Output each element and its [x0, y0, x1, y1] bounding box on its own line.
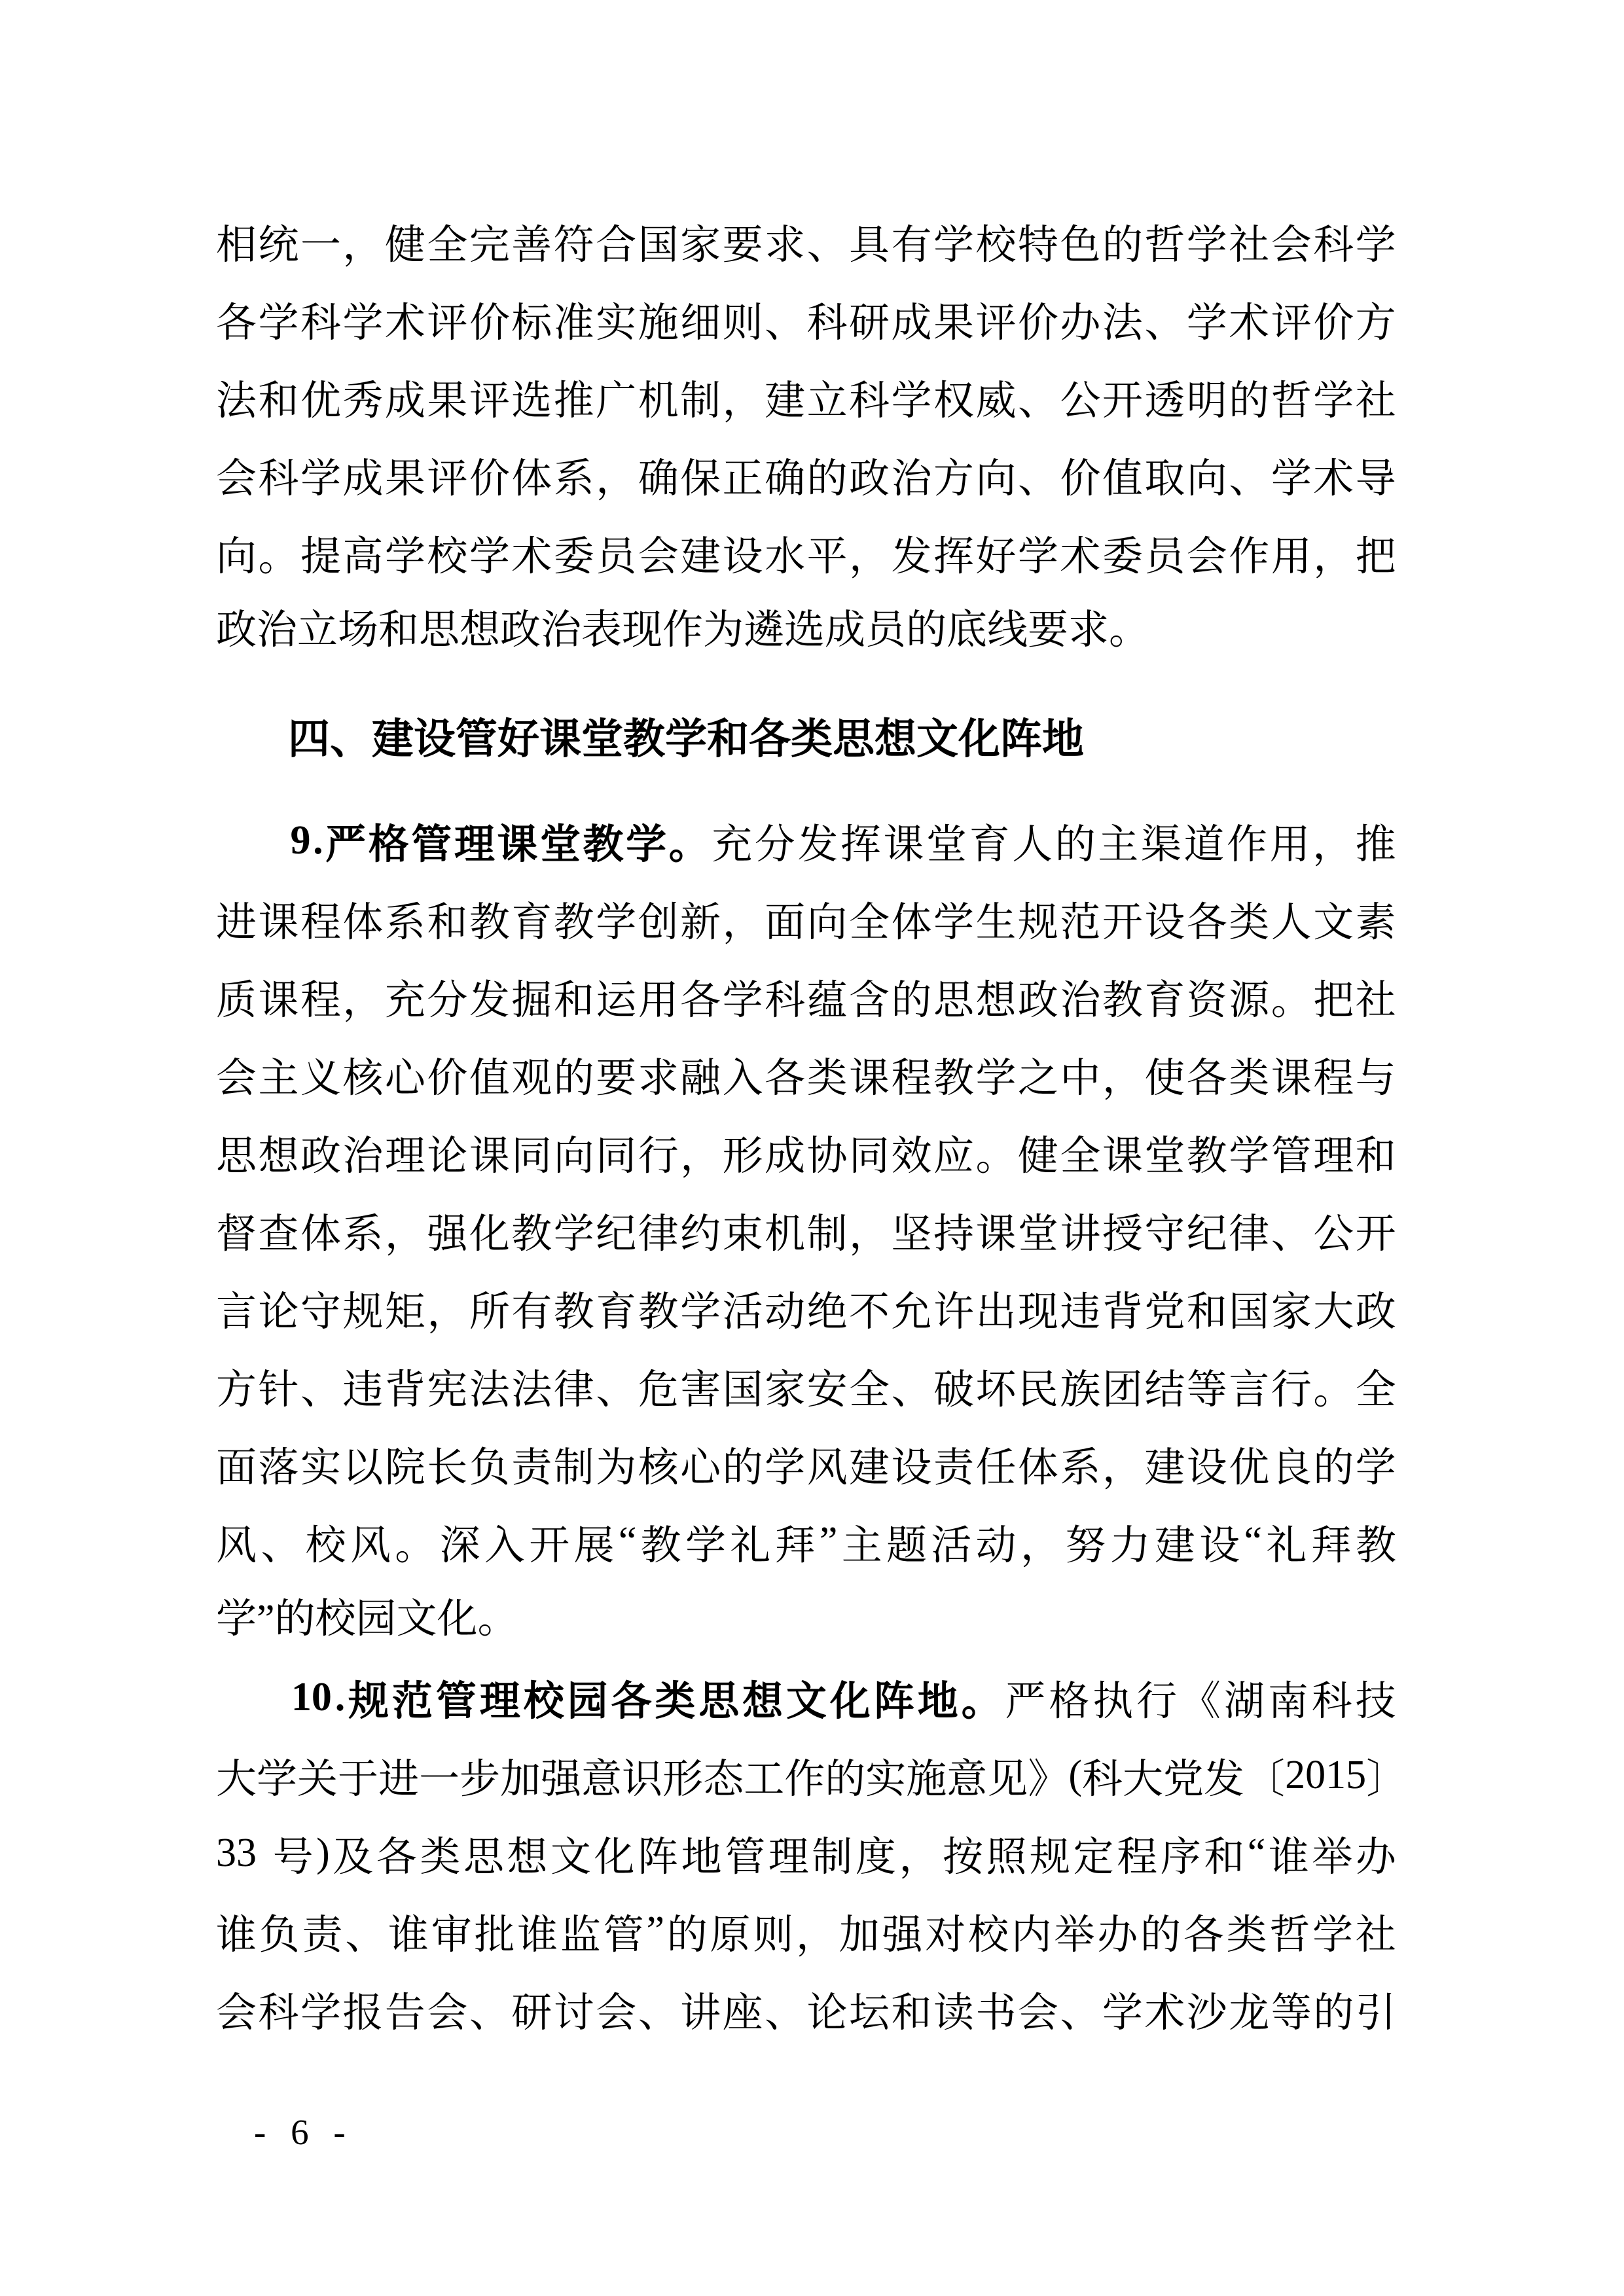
text-line: 思想政治理论课同向同行，形成协同效应。健全课堂教学管理和 — [216, 1113, 1396, 1191]
text-line: 会科学成果评价体系，确保正确的政治方向、价值取向、学术导 — [216, 436, 1396, 514]
page-number: - 6 - — [254, 2111, 353, 2153]
text-line: 方针、违背宪法法律、危害国家安全、破坏民族团结等言行。全 — [216, 1347, 1396, 1425]
document-page: 相统一，健全完善符合国家要求、具有学校特色的哲学社会科学各学科学术评价标准实施细… — [0, 0, 1624, 2296]
text-line: 四、建设管好课堂教学和各类思想文化阵地 — [216, 700, 1396, 778]
text-line: 风、校风。深入开展“教学礼拜”主题活动，努力建设“礼拜教 — [216, 1503, 1396, 1581]
body-paragraph: 10.规范管理校园各类思想文化阵地。严格执行《湖南科技大学关于进一步加强意识形态… — [216, 1659, 1396, 2048]
body-paragraph: 相统一，健全完善符合国家要求、具有学校特色的哲学社会科学各学科学术评价标准实施细… — [216, 202, 1396, 670]
text-line: 会主义核心价值观的要求融入各类课程教学之中，使各类课程与 — [216, 1035, 1396, 1113]
text-line: 面落实以院长负责制为核心的学风建设责任体系，建设优良的学 — [216, 1425, 1396, 1503]
text-line: 言论守规矩，所有教育教学活动绝不允许出现违背党和国家大政 — [216, 1269, 1396, 1347]
text-line: 学”的校园文化。 — [216, 1581, 1396, 1659]
body-paragraph: 9.严格管理课堂教学。充分发挥课堂育人的主渠道作用，推进课程体系和教育教学创新，… — [216, 802, 1396, 1659]
text-line: 进课程体系和教育教学创新，面向全体学生规范开设各类人文素 — [216, 880, 1396, 958]
section-heading: 四、建设管好课堂教学和各类思想文化阵地 — [216, 700, 1396, 778]
text-line: 法和优秀成果评选推广机制，建立科学权威、公开透明的哲学社 — [216, 358, 1396, 436]
text-line: 质课程，充分发掘和运用各学科蕴含的思想政治教育资源。把社 — [216, 958, 1396, 1035]
text-line: 向。提高学校学术委员会建设水平，发挥好学术委员会作用，把 — [216, 514, 1396, 592]
text-line: 33 号)及各类思想文化阵地管理制度，按照规定程序和“谁举办 — [216, 1814, 1396, 1892]
text-line: 督查体系，强化教学纪律约束机制，坚持课堂讲授守纪律、公开 — [216, 1191, 1396, 1269]
document-body: 相统一，健全完善符合国家要求、具有学校特色的哲学社会科学各学科学术评价标准实施细… — [216, 202, 1396, 2048]
text-line: 会科学报告会、研讨会、讲座、论坛和读书会、学术沙龙等的引 — [216, 1970, 1396, 2048]
text-line: 大学关于进一步加强意识形态工作的实施意见》(科大党发〔2015〕 — [216, 1736, 1396, 1814]
text-line: 各学科学术评价标准实施细则、科研成果评价办法、学术评价方 — [216, 280, 1396, 358]
text-line: 10.规范管理校园各类思想文化阵地。严格执行《湖南科技 — [216, 1659, 1396, 1736]
text-line: 相统一，健全完善符合国家要求、具有学校特色的哲学社会科学 — [216, 202, 1396, 280]
text-line: 谁负责、谁审批谁监管”的原则，加强对校内举办的各类哲学社 — [216, 1892, 1396, 1970]
text-line: 9.严格管理课堂教学。充分发挥课堂育人的主渠道作用，推 — [216, 802, 1396, 880]
text-line: 政治立场和思想政治表现作为遴选成员的底线要求。 — [216, 592, 1396, 670]
